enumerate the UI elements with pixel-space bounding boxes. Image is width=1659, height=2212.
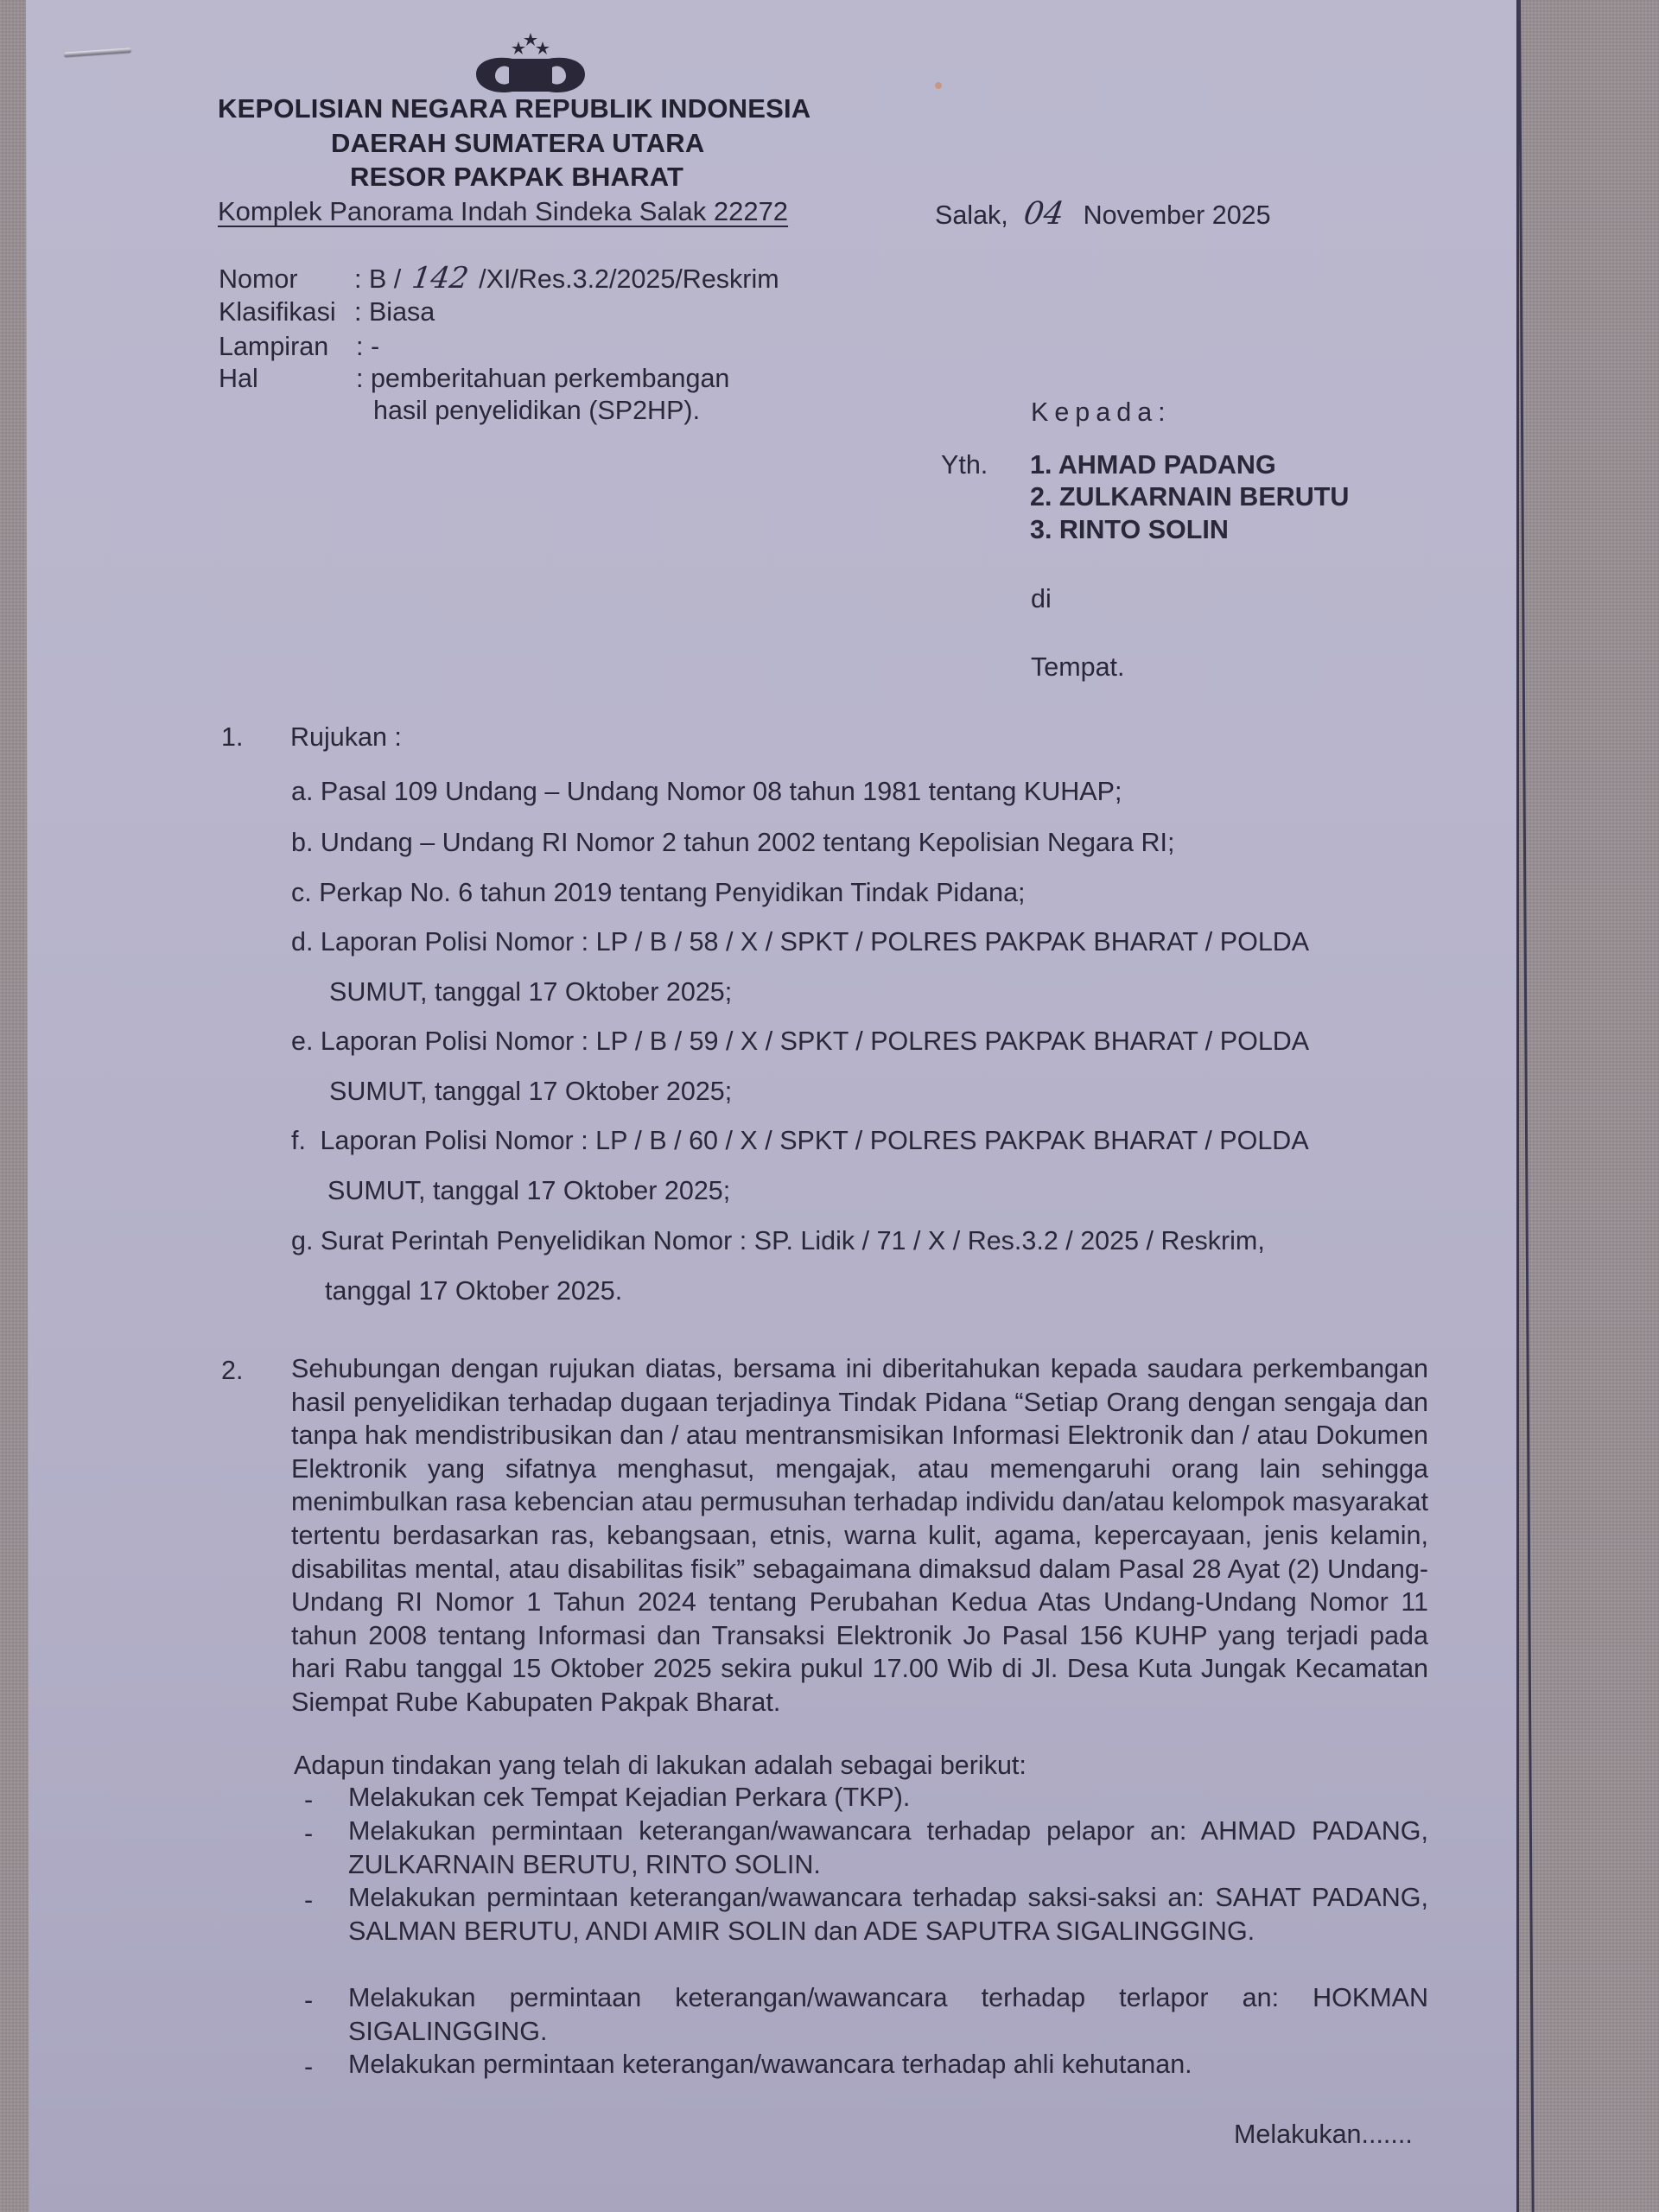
rujukan-item-e: e. Laporan Polisi Nomor : LP / B / 59 / …: [291, 1028, 1309, 1055]
date-day-handwritten: 04: [1022, 199, 1066, 230]
date-month-year: November 2025: [1084, 200, 1271, 230]
item-letter: b.: [291, 828, 313, 857]
item-letter: c.: [291, 878, 312, 907]
rujukan-item-b: b. Undang – Undang RI Nomor 2 tahun 2002…: [291, 829, 1174, 856]
action-item: Melakukan permintaan keterangan/wawancar…: [348, 2048, 1428, 2082]
item-letter: d.: [291, 927, 313, 957]
nomor-value: : B / 142 /XI/Res.3.2/2025/Reskrim: [354, 264, 779, 293]
rujukan-item-d: d. Laporan Polisi Nomor : LP / B / 58 / …: [291, 929, 1309, 956]
yth-label: Yth.: [941, 452, 988, 479]
letterhead-line-3: RESOR PAKPAK BHARAT: [350, 163, 683, 190]
item-letter: f.: [291, 1126, 306, 1155]
letter-date: Salak, 04 November 2025: [935, 199, 1271, 230]
continuation-text: Melakukan.......: [1234, 2121, 1413, 2148]
bullet-dash: -: [304, 2054, 313, 2081]
nomor-suffix: /XI/Res.3.2/2025/Reskrim: [479, 264, 779, 294]
paper-stain: [935, 82, 942, 89]
item-text: Laporan Polisi Nomor : LP / B / 60 / X /…: [320, 1126, 1308, 1155]
bullet-dash: -: [304, 1787, 313, 1814]
bullet-dash: -: [304, 1887, 313, 1914]
item-text: Laporan Polisi Nomor : LP / B / 58 / X /…: [321, 927, 1309, 957]
rujukan-item-d-line-2: SUMUT, tanggal 17 Oktober 2025;: [329, 979, 732, 1006]
nomor-handwritten: 142: [410, 264, 470, 293]
letterhead-line-2: DAERAH SUMATERA UTARA: [331, 130, 704, 156]
item-text: Pasal 109 Undang – Undang Nomor 08 tahun…: [321, 777, 1122, 806]
item-letter: g.: [291, 1226, 313, 1255]
rujukan-item-g: g. Surat Perintah Penyelidikan Nomor : S…: [291, 1228, 1265, 1255]
action-item: Melakukan permintaan keterangan/wawancar…: [348, 1881, 1428, 1948]
kepada-label: Kepada:: [1031, 399, 1172, 426]
section-2-number: 2.: [221, 1357, 243, 1384]
hal-value-line-2: hasil penyelidikan (SP2HP).: [373, 397, 700, 424]
rujukan-item-f: f. Laporan Polisi Nomor : LP / B / 60 / …: [291, 1128, 1309, 1154]
item-letter: a.: [291, 777, 313, 806]
action-item: Melakukan cek Tempat Kejadian Perkara (T…: [348, 1781, 1428, 1815]
recipient-di: di: [1031, 586, 1052, 613]
action-item: Melakukan permintaan keterangan/wawancar…: [348, 1815, 1428, 1881]
date-place: Salak,: [935, 200, 1008, 230]
klasifikasi-label: Klasifikasi: [219, 299, 336, 326]
recipient-name: 3. RINTO SOLIN: [1030, 517, 1229, 543]
item-text: Perkap No. 6 tahun 2019 tentang Penyidik…: [319, 878, 1025, 907]
section-1-number: 1.: [221, 724, 243, 751]
item-text: Surat Perintah Penyelidikan Nomor : SP. …: [321, 1226, 1265, 1255]
rujukan-item-a: a. Pasal 109 Undang – Undang Nomor 08 ta…: [291, 779, 1122, 805]
police-emblem-icon: [469, 31, 592, 97]
recipient-name: 2. ZULKARNAIN BERUTU: [1030, 484, 1349, 511]
recipient-name: 1. AHMAD PADANG: [1030, 452, 1276, 479]
rujukan-item-c: c. Perkap No. 6 tahun 2019 tentang Penyi…: [291, 880, 1026, 906]
lampiran-label: Lampiran: [219, 334, 328, 360]
action-item: Melakukan permintaan keterangan/wawancar…: [348, 1981, 1428, 2048]
bullet-dash: -: [304, 1987, 313, 2014]
nomor-label: Nomor: [219, 266, 298, 293]
rujukan-item-g-line-2: tanggal 17 Oktober 2025.: [325, 1278, 622, 1305]
item-text: Undang – Undang RI Nomor 2 tahun 2002 te…: [321, 828, 1175, 857]
letterhead-line-1: KEPOLISIAN NEGARA REPUBLIK INDONESIA: [218, 95, 810, 122]
hal-label: Hal: [219, 365, 258, 392]
rujukan-item-e-line-2: SUMUT, tanggal 17 Oktober 2025;: [329, 1078, 732, 1105]
letterhead-address: Komplek Panorama Indah Sindeka Salak 222…: [218, 198, 788, 225]
nomor-prefix: : B /: [354, 264, 401, 294]
recipient-tempat: Tempat.: [1031, 654, 1125, 681]
lampiran-value: : -: [356, 334, 379, 360]
section-1-title: Rujukan :: [290, 724, 402, 751]
item-letter: e.: [291, 1027, 313, 1056]
rujukan-item-f-line-2: SUMUT, tanggal 17 Oktober 2025;: [327, 1178, 730, 1205]
item-text: Laporan Polisi Nomor : LP / B / 59 / X /…: [321, 1027, 1309, 1056]
klasifikasi-value: : Biasa: [354, 299, 435, 326]
actions-intro: Adapun tindakan yang telah di lakukan ad…: [294, 1752, 1027, 1779]
hal-value-line-1: : pemberitahuan perkembangan: [356, 365, 729, 392]
bullet-dash: -: [304, 1821, 313, 1847]
section-2-paragraph: Sehubungan dengan rujukan diatas, bersam…: [291, 1352, 1428, 1719]
